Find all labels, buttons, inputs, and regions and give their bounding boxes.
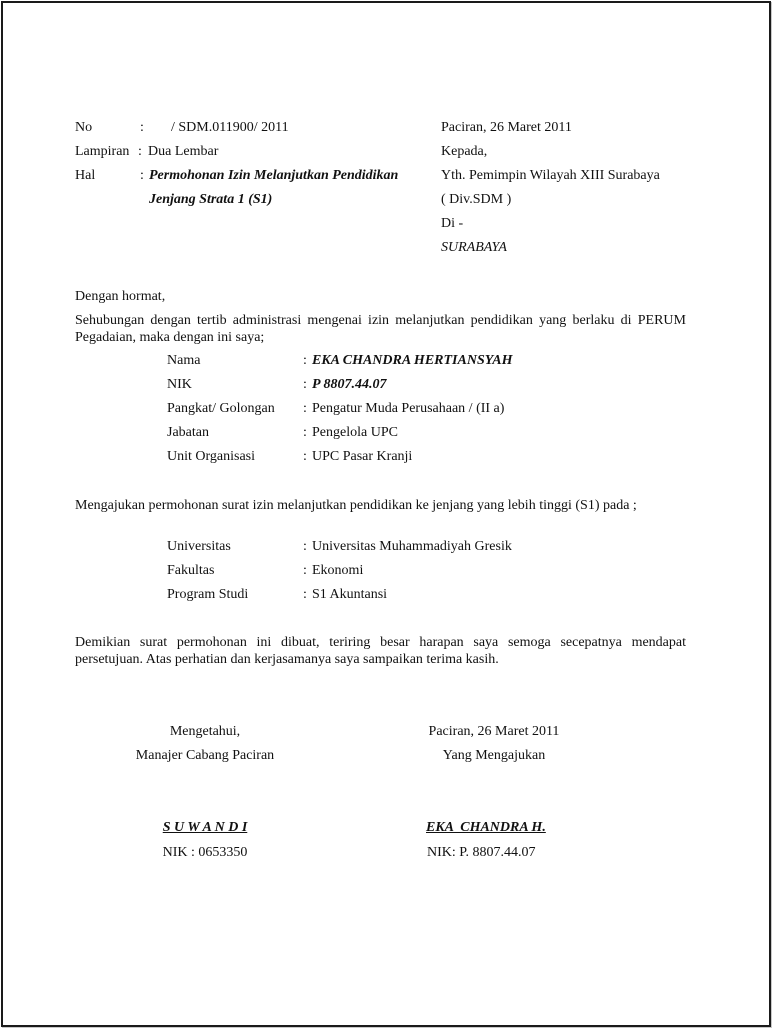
recipient-line-3: Di - bbox=[441, 216, 463, 232]
field-separator: : bbox=[303, 539, 307, 555]
field-value-pangkat: Pengatur Muda Perusahaan / (II a) bbox=[312, 401, 504, 417]
no-label: No bbox=[75, 120, 92, 136]
field-separator: : bbox=[303, 401, 307, 417]
field-label-nama: Nama bbox=[167, 353, 200, 369]
hal-label: Hal bbox=[75, 168, 95, 184]
greeting: Dengan hormat, bbox=[75, 289, 165, 305]
field-label-fakultas: Fakultas bbox=[167, 563, 214, 579]
recipient-line-1: Yth. Pemimpin Wilayah XIII Surabaya bbox=[441, 168, 660, 184]
field-label-jabatan: Jabatan bbox=[167, 425, 209, 441]
hal-separator: : bbox=[140, 168, 144, 184]
field-value-nama: EKA CHANDRA HERTIANSYAH bbox=[312, 353, 512, 369]
field-label-nik: NIK bbox=[167, 377, 192, 393]
subject-line-1: Permohonan Izin Melanjutkan Pendidikan bbox=[149, 168, 398, 184]
sign-left-line-2: Manajer Cabang Paciran bbox=[105, 748, 305, 764]
closing-paragraph: Demikian surat permohonan ini dibuat, te… bbox=[75, 634, 686, 668]
request-paragraph: Mengajukan permohonan surat izin melanju… bbox=[75, 497, 686, 514]
field-value-universitas: Universitas Muhammadiyah Gresik bbox=[312, 539, 512, 555]
field-label-prodi: Program Studi bbox=[167, 587, 248, 603]
field-label-universitas: Universitas bbox=[167, 539, 231, 555]
kepada: Kepada, bbox=[441, 144, 487, 160]
field-value-unit: UPC Pasar Kranji bbox=[312, 449, 412, 465]
lampiran-separator: : bbox=[138, 144, 142, 160]
sign-right-name: EKA CHANDRA H. bbox=[426, 820, 546, 836]
sign-right-line-2: Yang Mengajukan bbox=[394, 748, 594, 764]
intro-paragraph: Sehubungan dengan tertib administrasi me… bbox=[75, 312, 686, 346]
field-separator: : bbox=[303, 425, 307, 441]
sign-left-nik: NIK : 0653350 bbox=[105, 845, 305, 861]
recipient-line-2: ( Div.SDM ) bbox=[441, 192, 511, 208]
lampiran-label: Lampiran bbox=[75, 144, 129, 160]
field-value-jabatan: Pengelola UPC bbox=[312, 425, 398, 441]
field-separator: : bbox=[303, 353, 307, 369]
place-date: Paciran, 26 Maret 2011 bbox=[441, 120, 572, 136]
field-value-prodi: S1 Akuntansi bbox=[312, 587, 387, 603]
field-label-pangkat: Pangkat/ Golongan bbox=[167, 401, 275, 417]
sign-right-nik: NIK: P. 8807.44.07 bbox=[427, 845, 536, 861]
field-value-nik: P 8807.44.07 bbox=[312, 377, 387, 393]
field-label-unit: Unit Organisasi bbox=[167, 449, 255, 465]
field-separator: : bbox=[303, 449, 307, 465]
field-value-fakultas: Ekonomi bbox=[312, 563, 363, 579]
recipient-city: SURABAYA bbox=[441, 240, 507, 256]
sign-right-line-1: Paciran, 26 Maret 2011 bbox=[394, 724, 594, 740]
sign-left-line-1: Mengetahui, bbox=[105, 724, 305, 740]
subject-line-2: Jenjang Strata 1 (S1) bbox=[149, 192, 272, 208]
field-separator: : bbox=[303, 377, 307, 393]
letter-number: / SDM.011900/ 2011 bbox=[171, 120, 289, 136]
no-separator: : bbox=[140, 120, 144, 136]
field-separator: : bbox=[303, 563, 307, 579]
lampiran-value: Dua Lembar bbox=[148, 144, 218, 160]
sign-left-name: S U W A N D I bbox=[105, 820, 305, 836]
field-separator: : bbox=[303, 587, 307, 603]
